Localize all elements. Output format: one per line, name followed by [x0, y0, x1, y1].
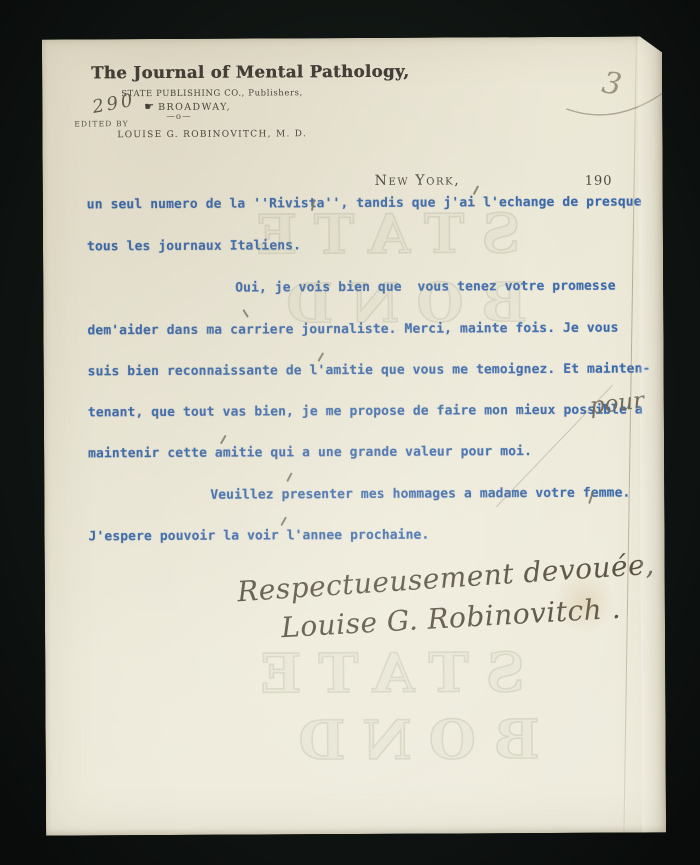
street-number-handwritten: 290: [91, 90, 137, 118]
pencil-accent-mark: [220, 435, 226, 444]
pencil-accent-mark: [280, 516, 286, 525]
typed-line-6: tenant, que tout vas bien, je me propose…: [88, 402, 643, 420]
publisher-line: STATE PUBLISHING CO., Publishers,: [121, 88, 303, 99]
pencil-accent-mark: [473, 185, 479, 195]
typed-line-4: dem'aider dans ma carriere journaliste. …: [87, 321, 618, 339]
editor-name: LOUISE G. ROBINOVITCH, M. D.: [117, 129, 307, 140]
pencil-accent-mark: [286, 472, 292, 482]
ornament-divider: —o—: [166, 112, 191, 122]
pointing-hand-icon: ☛: [144, 100, 154, 113]
edited-by-label: EDITED BY: [74, 119, 129, 128]
dateline-city: New York,: [375, 172, 461, 188]
pencil-accent-mark: [243, 309, 249, 317]
typed-line-9: J'espere pouvoir la voir l'annee prochai…: [88, 528, 429, 545]
watermark-state-lower: STATE: [243, 640, 525, 705]
watermark-bond-lower: BOND: [281, 707, 539, 772]
typed-line-7: maintenir cette amitie qui a une grande …: [88, 444, 532, 462]
typed-line-3: Oui, je vois bien que vous tenez votre p…: [87, 279, 616, 297]
paper-shading: [42, 36, 666, 835]
vertical-crease: [623, 37, 637, 833]
typed-line-2: tous les journaux Italiens.: [87, 238, 301, 255]
right-edge-fold: [638, 36, 666, 832]
typed-line-5: suis bien reconnaissante de l'amitie que…: [88, 361, 651, 380]
typed-line-1: un seul numero de la ''Rivista'', tandis…: [87, 194, 642, 212]
typed-line-8: Veuillez presenter mes hommages a madame…: [88, 486, 630, 504]
pencil-accent-mark: [317, 352, 323, 361]
journal-title: The Journal of Mental Pathology,: [91, 62, 409, 83]
dateline-year: 190: [585, 174, 613, 189]
letter-paper: STATE BOND STATE BOND The Journal of Men…: [42, 36, 666, 835]
